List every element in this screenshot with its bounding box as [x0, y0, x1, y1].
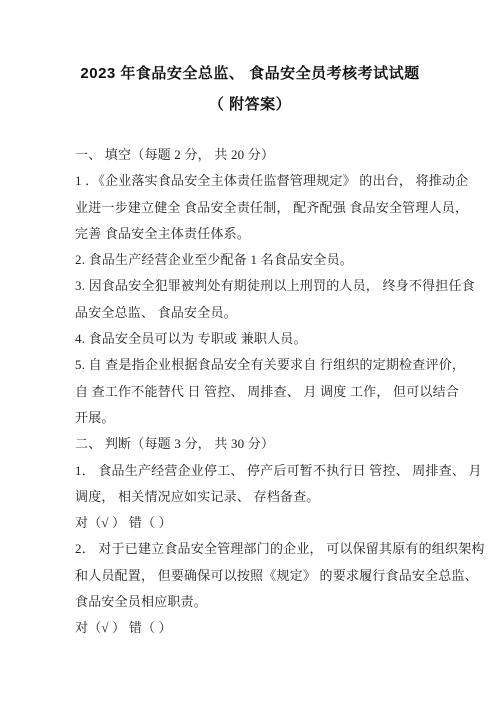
text-line: 2． 对于已建立食品安全管理部门的企业， 可以保留其原有的组织架构: [75, 536, 442, 562]
text-line: 品安全总监、 食品安全员。: [75, 300, 442, 326]
text-line: 5. 自 查是指企业根据食品安全有关要求自 行组织的定期检查评价，: [75, 352, 442, 378]
text-line: 一、 填空（每题 2 分， 共 20 分）: [75, 142, 442, 168]
document-title-line2: （ 附答案）: [0, 89, 500, 120]
text-line: 对（√ ） 错（ ）: [75, 510, 442, 536]
document-title-line1: 2023 年食品安全总监、 食品安全员考核考试试题: [0, 58, 500, 89]
text-line: 完善 食品安全主体责任体系。: [75, 221, 442, 247]
document-page: 2023 年食品安全总监、 食品安全员考核考试试题 （ 附答案） 一、 填空（每…: [0, 0, 500, 707]
text-line: 业进一步建立健全 食品安全责任制， 配齐配强 食品安全管理人员，: [75, 195, 442, 221]
text-line: 2. 食品生产经营企业至少配备 1 名食品安全员。: [75, 247, 442, 273]
text-line: 对（√ ） 错（ ）: [75, 615, 442, 641]
document-body: 一、 填空（每题 2 分， 共 20 分）1 ．《企业落实食品安全主体责任监督管…: [75, 142, 442, 642]
text-line: 调度， 相关情况应如实记录、 存档备查。: [75, 484, 442, 510]
text-line: 和人员配置， 但要确保可以按照《规定》 的要求履行食品安全总监、: [75, 563, 442, 589]
text-line: 4. 食品安全员可以为 专职或 兼职人员。: [75, 326, 442, 352]
text-line: 食品安全员相应职责。: [75, 589, 442, 615]
text-line: 自 查工作不能替代 日 管控、 周排查、 月 调度 工作， 但可以结合: [75, 379, 442, 405]
document-title: 2023 年食品安全总监、 食品安全员考核考试试题 （ 附答案）: [0, 0, 500, 120]
text-line: 1． 食品生产经营企业停工、 停产后可暂不执行日 管控、 周排查、 月: [75, 458, 442, 484]
text-line: 开展。: [75, 405, 442, 431]
text-line: 1 ．《企业落实食品安全主体责任监督管理规定》 的出台， 将推动企: [75, 168, 442, 194]
text-line: 3. 因食品安全犯罪被判处有期徒刑以上刑罚的人员， 终身不得担任食: [75, 273, 442, 299]
text-line: 二、 判断（每题 3 分， 共 30 分）: [75, 431, 442, 457]
